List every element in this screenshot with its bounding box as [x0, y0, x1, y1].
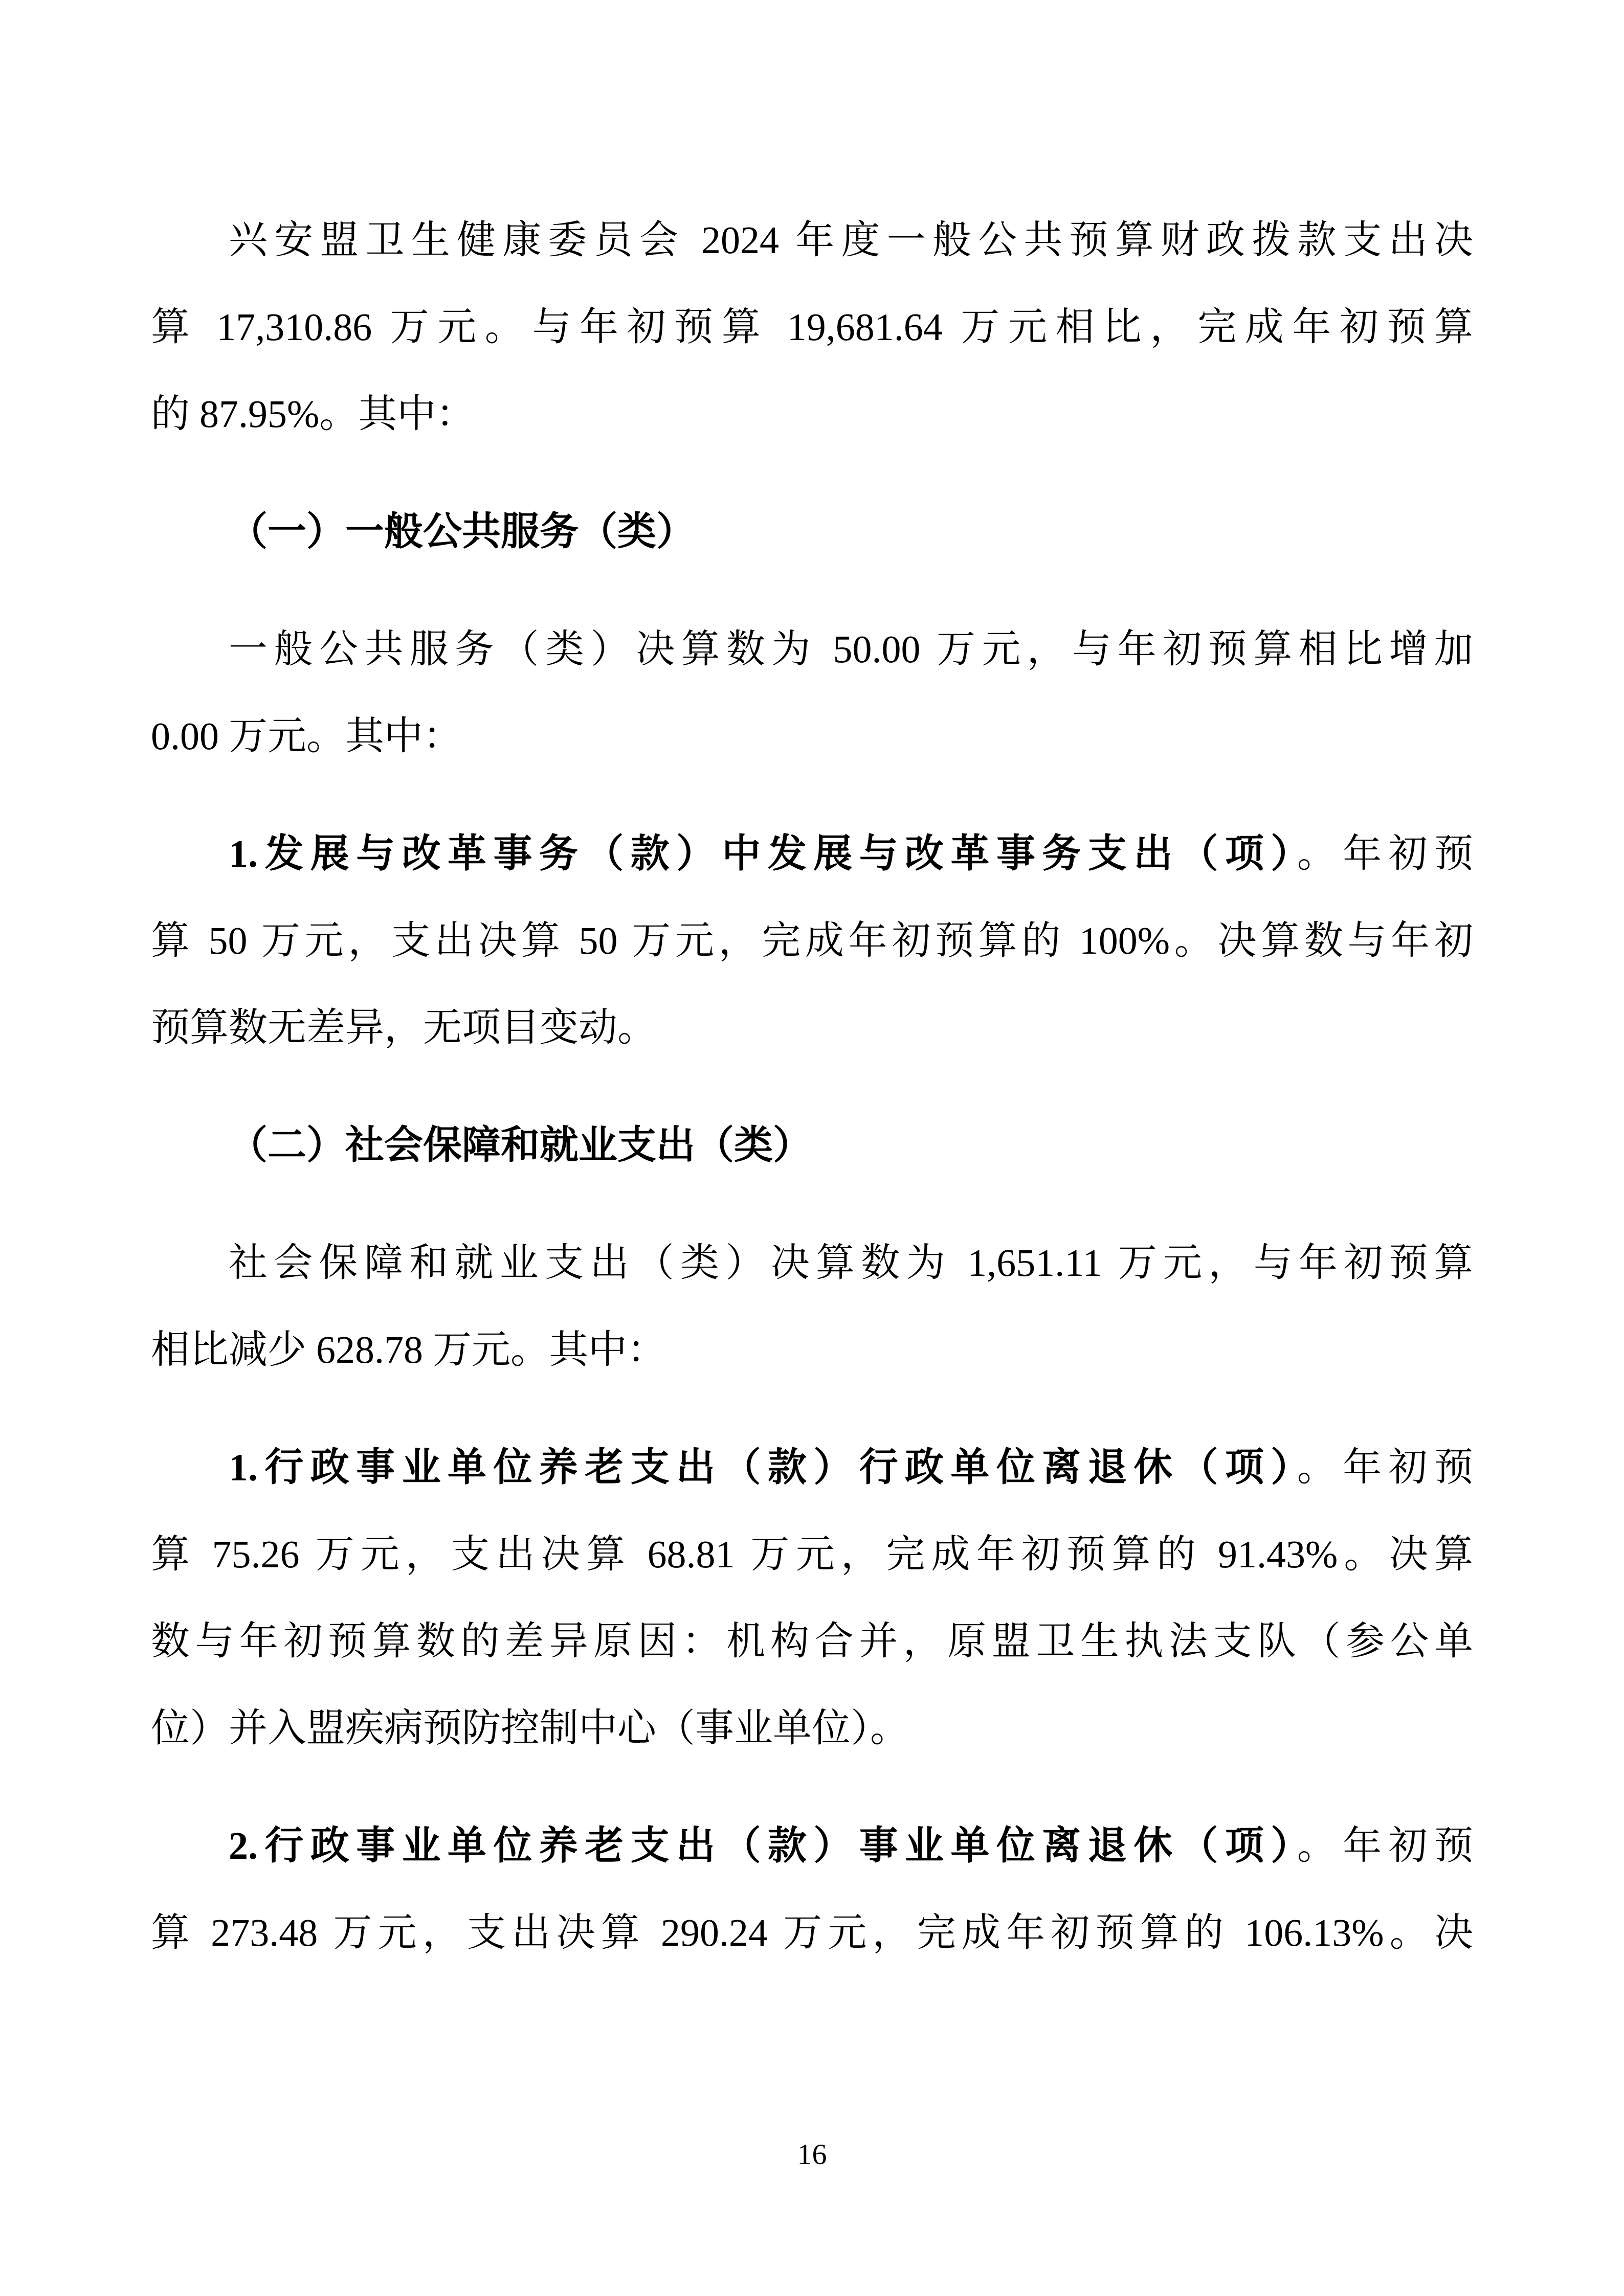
text-run: 预算数无差异，无项目变动。 [151, 1006, 656, 1049]
text-line: （一）一般公共服务（类） [151, 488, 1473, 575]
text-run: 数与年初预算数的差异原因：机构合并，原盟卫生执法支队（参公单 [151, 1620, 1473, 1663]
bold-text-run: （二）社会保障和就业支出（类） [229, 1124, 812, 1167]
text-line: 算 273.48 万元，支出决算 290.24 万元，完成年初预算的 106.1… [151, 1889, 1473, 1976]
text-line: （二）社会保障和就业支出（类） [151, 1102, 1473, 1189]
text-run: 算 273.48 万元，支出决算 290.24 万元，完成年初预算的 106.1… [151, 1911, 1473, 1954]
text-line: 相比减少 628.78 万元。其中： [151, 1307, 1473, 1393]
text-line: 的 87.95%。其中： [151, 371, 1473, 458]
text-run: 算 75.26 万元，支出决算 68.81 万元，完成年初预算的 91.43%。… [151, 1533, 1473, 1576]
text-line: 社会保障和就业支出（类）决算数为 1,651.11 万元，与年初预算 [151, 1220, 1473, 1307]
text-run: 算 50 万元，支出决算 50 万元，完成年初预算的 100%。决算数与年初 [151, 919, 1473, 962]
text-line: 0.00 万元。其中： [151, 693, 1473, 780]
text-line: 算 17,310.86 万元。与年初预算 19,681.64 万元相比，完成年初… [151, 284, 1473, 371]
text-run: 算 17,310.86 万元。与年初预算 19,681.64 万元相比，完成年初… [151, 306, 1473, 349]
bold-text-run: 1.发展与改革事务（款）中发展与改革事务支出（项） [229, 832, 1297, 875]
text-run: 0.00 万元。其中： [151, 715, 462, 758]
paragraph: 一般公共服务（类）决算数为 50.00 万元，与年初预算相比增加0.00 万元。… [151, 606, 1473, 780]
document-body: 兴安盟卫生健康委员会 2024 年度一般公共预算财政拨款支出决算 17,310.… [151, 197, 1473, 1976]
text-run: 兴安盟卫生健康委员会 2024 年度一般公共预算财政拨款支出决 [229, 219, 1473, 262]
page-number: 16 [0, 2136, 1624, 2172]
text-run: 。年初预 [1297, 1446, 1473, 1489]
text-run: 位）并入盟疾病预防控制中心（事业单位）。 [151, 1707, 909, 1750]
text-line: 一般公共服务（类）决算数为 50.00 万元，与年初预算相比增加 [151, 606, 1473, 693]
paragraph: 1.行政事业单位养老支出（款）行政单位离退休（项）。年初预算 75.26 万元，… [151, 1424, 1473, 1772]
text-run: 一般公共服务（类）决算数为 50.00 万元，与年初预算相比增加 [229, 628, 1473, 671]
bold-text-run: 1.行政事业单位养老支出（款）行政单位离退休（项） [229, 1446, 1297, 1489]
paragraph: 兴安盟卫生健康委员会 2024 年度一般公共预算财政拨款支出决算 17,310.… [151, 197, 1473, 458]
text-run: 。年初预 [1297, 1825, 1473, 1867]
text-run: 社会保障和就业支出（类）决算数为 1,651.11 万元，与年初预算 [229, 1242, 1473, 1285]
text-line: 位）并入盟疾病预防控制中心（事业单位）。 [151, 1685, 1473, 1772]
text-line: 算 50 万元，支出决算 50 万元，完成年初预算的 100%。决算数与年初 [151, 897, 1473, 984]
text-line: 1.发展与改革事务（款）中发展与改革事务支出（项）。年初预 [151, 811, 1473, 897]
section-heading: （一）一般公共服务（类） [151, 488, 1473, 575]
text-line: 2.行政事业单位养老支出（款）事业单位离退休（项）。年初预 [151, 1803, 1473, 1889]
text-run: 的 87.95%。其中： [151, 393, 475, 436]
text-run: 。年初预 [1297, 832, 1473, 875]
paragraph: 1.发展与改革事务（款）中发展与改革事务支出（项）。年初预算 50 万元，支出决… [151, 811, 1473, 1071]
text-run: 相比减少 628.78 万元。其中： [151, 1329, 666, 1371]
paragraph: 2.行政事业单位养老支出（款）事业单位离退休（项）。年初预算 273.48 万元… [151, 1803, 1473, 1976]
text-line: 1.行政事业单位养老支出（款）行政单位离退休（项）。年初预 [151, 1424, 1473, 1511]
text-line: 算 75.26 万元，支出决算 68.81 万元，完成年初预算的 91.43%。… [151, 1511, 1473, 1598]
bold-text-run: （一）一般公共服务（类） [229, 510, 695, 553]
text-line: 数与年初预算数的差异原因：机构合并，原盟卫生执法支队（参公单 [151, 1598, 1473, 1685]
document-page: 兴安盟卫生健康委员会 2024 年度一般公共预算财政拨款支出决算 17,310.… [0, 0, 1624, 2296]
section-heading: （二）社会保障和就业支出（类） [151, 1102, 1473, 1189]
paragraph: 社会保障和就业支出（类）决算数为 1,651.11 万元，与年初预算相比减少 6… [151, 1220, 1473, 1393]
bold-text-run: 2.行政事业单位养老支出（款）事业单位离退休（项） [229, 1825, 1297, 1867]
text-line: 预算数无差异，无项目变动。 [151, 984, 1473, 1071]
text-line: 兴安盟卫生健康委员会 2024 年度一般公共预算财政拨款支出决 [151, 197, 1473, 284]
